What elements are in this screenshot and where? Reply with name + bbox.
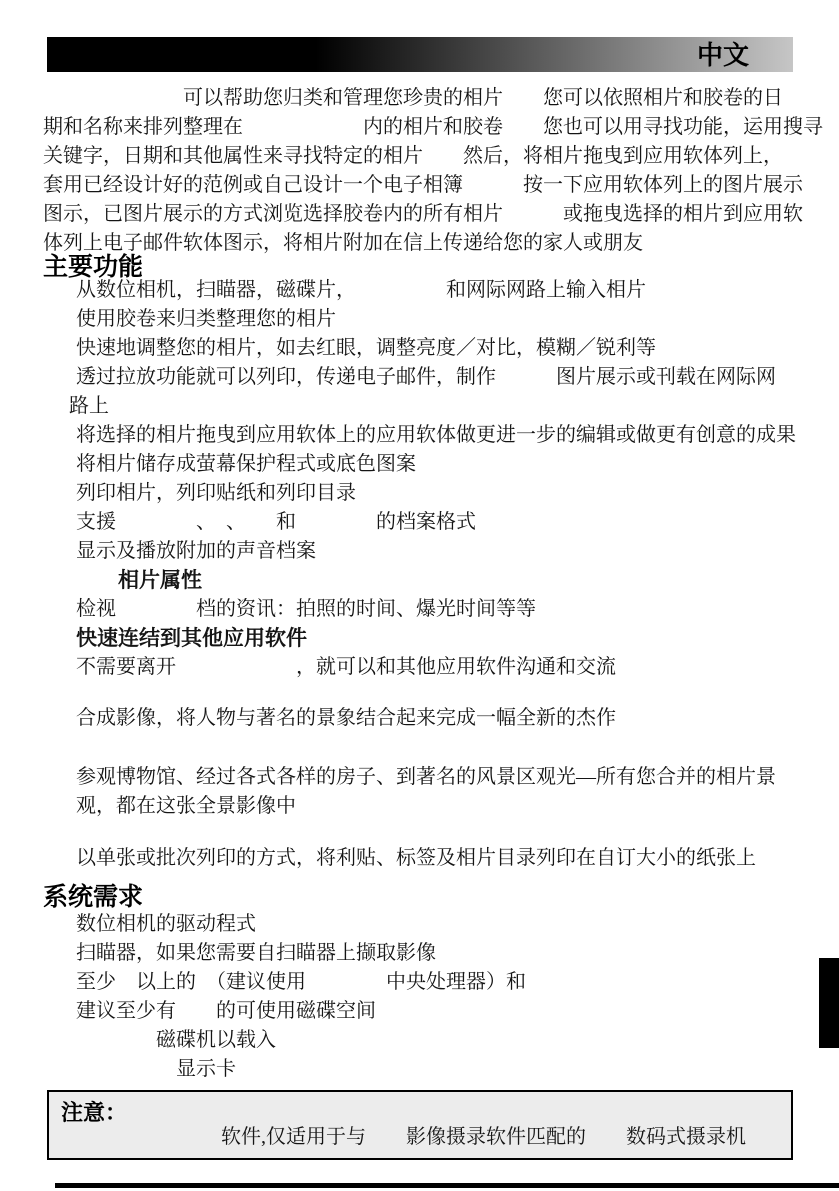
feature-subheading: 快速连结到其他应用软件 — [43, 624, 813, 653]
feature-item: 检视 档的资讯：拍照的时间、爆光时间等等 — [43, 595, 813, 624]
feature-item: 不需要离开 ，就可以和其他应用软件沟通和交流 — [43, 653, 813, 682]
feature-item: 透过拉放功能就可以列印，传递电子邮件，制作 图片展示或刊载在网际网 — [43, 363, 813, 392]
manual-page: 中文 可以帮助您归类和管理您珍贵的相片 您可以依照相片和胶卷的日 期和名称来排列… — [0, 0, 839, 1191]
feature-item: 支援 、 、 和 的档案格式 — [43, 508, 813, 537]
feature-subheading: 相片属性 — [43, 566, 813, 595]
paragraph: 参观博物馆、经过各式各样的房子、到著名的风景区观光—所有您合并的相片景 — [43, 763, 813, 792]
language-label: 中文 — [697, 42, 749, 68]
features-list: 从数位相机，扫瞄器，磁碟片， 和网际网路上输入相片 使用胶卷来归类整理您的相片 … — [43, 276, 813, 682]
feature-item: 使用胶卷来归类整理您的相片 — [43, 305, 813, 334]
requirement-item: 建议至少有 的可使用磁碟空间 — [43, 997, 813, 1026]
system-requirements-list: 数位相机的驱动程式 扫瞄器，如果您需要自扫瞄器上撷取影像 至少 以上的 （建议使… — [43, 910, 813, 1084]
section-title-system: 系统需求 — [43, 882, 813, 912]
page-edge-tab — [819, 958, 839, 1048]
intro-line: 期和名称来排列整理在 内的相片和胶卷 您也可以用寻找功能，运用搜寻 — [43, 113, 813, 142]
intro-line: 套用已经设计好的范例或自己设计一个电子相簿 按一下应用软体列上的图片展示 — [43, 171, 813, 200]
requirement-item: 扫瞄器，如果您需要自扫瞄器上撷取影像 — [43, 939, 813, 968]
note-text: 软件,仅适用于与 影像摄录软件匹配的 数码式摄录机 — [61, 1126, 779, 1148]
page-content: 可以帮助您归类和管理您珍贵的相片 您可以依照相片和胶卷的日 期和名称来排列整理在… — [43, 84, 813, 1084]
intro-line: 图示，已图片展示的方式浏览选择胶卷内的所有相片 或拖曳选择的相片到应用软 — [43, 200, 813, 229]
paragraph: 以单张或批次列印的方式，将利贴、标签及相片目录列印在自订大小的纸张上 — [43, 844, 813, 873]
note-title: 注意： — [61, 1100, 779, 1126]
requirement-item: 至少 以上的 （建议使用 中央处理器）和 — [43, 968, 813, 997]
note-box: 注意： 软件,仅适用于与 影像摄录软件匹配的 数码式摄录机 — [47, 1090, 793, 1160]
feature-item-continuation: 路上 — [43, 392, 813, 421]
intro-line: 可以帮助您归类和管理您珍贵的相片 您可以依照相片和胶卷的日 — [43, 84, 813, 113]
header-gradient-bar: 中文 — [47, 37, 793, 72]
feature-item: 将选择的相片拖曳到应用软体上的应用软体做更进一步的编辑或做更有创意的成果 — [43, 421, 813, 450]
feature-item: 将相片储存成萤幕保护程式或底色图案 — [43, 450, 813, 479]
page-bottom-edge-line — [55, 1183, 839, 1188]
paragraph: 合成影像，将人物与著名的景象结合起来完成一幅全新的杰作 — [43, 704, 813, 733]
feature-item: 列印相片，列印贴纸和列印目录 — [43, 479, 813, 508]
intro-line: 关键字，日期和其他属性来寻找特定的相片 然后，将相片拖曳到应用软体列上， — [43, 142, 813, 171]
feature-item: 从数位相机，扫瞄器，磁碟片， 和网际网路上输入相片 — [43, 276, 813, 305]
feature-item: 快速地调整您的相片，如去红眼，调整亮度／对比，模糊／锐利等 — [43, 334, 813, 363]
feature-item: 显示及播放附加的声音档案 — [43, 537, 813, 566]
requirement-item: 数位相机的驱动程式 — [43, 910, 813, 939]
requirement-item: 磁碟机以载入 — [43, 1026, 813, 1055]
paragraph-continuation: 观，都在这张全景影像中 — [43, 792, 813, 821]
requirement-item: 显示卡 — [43, 1055, 813, 1084]
